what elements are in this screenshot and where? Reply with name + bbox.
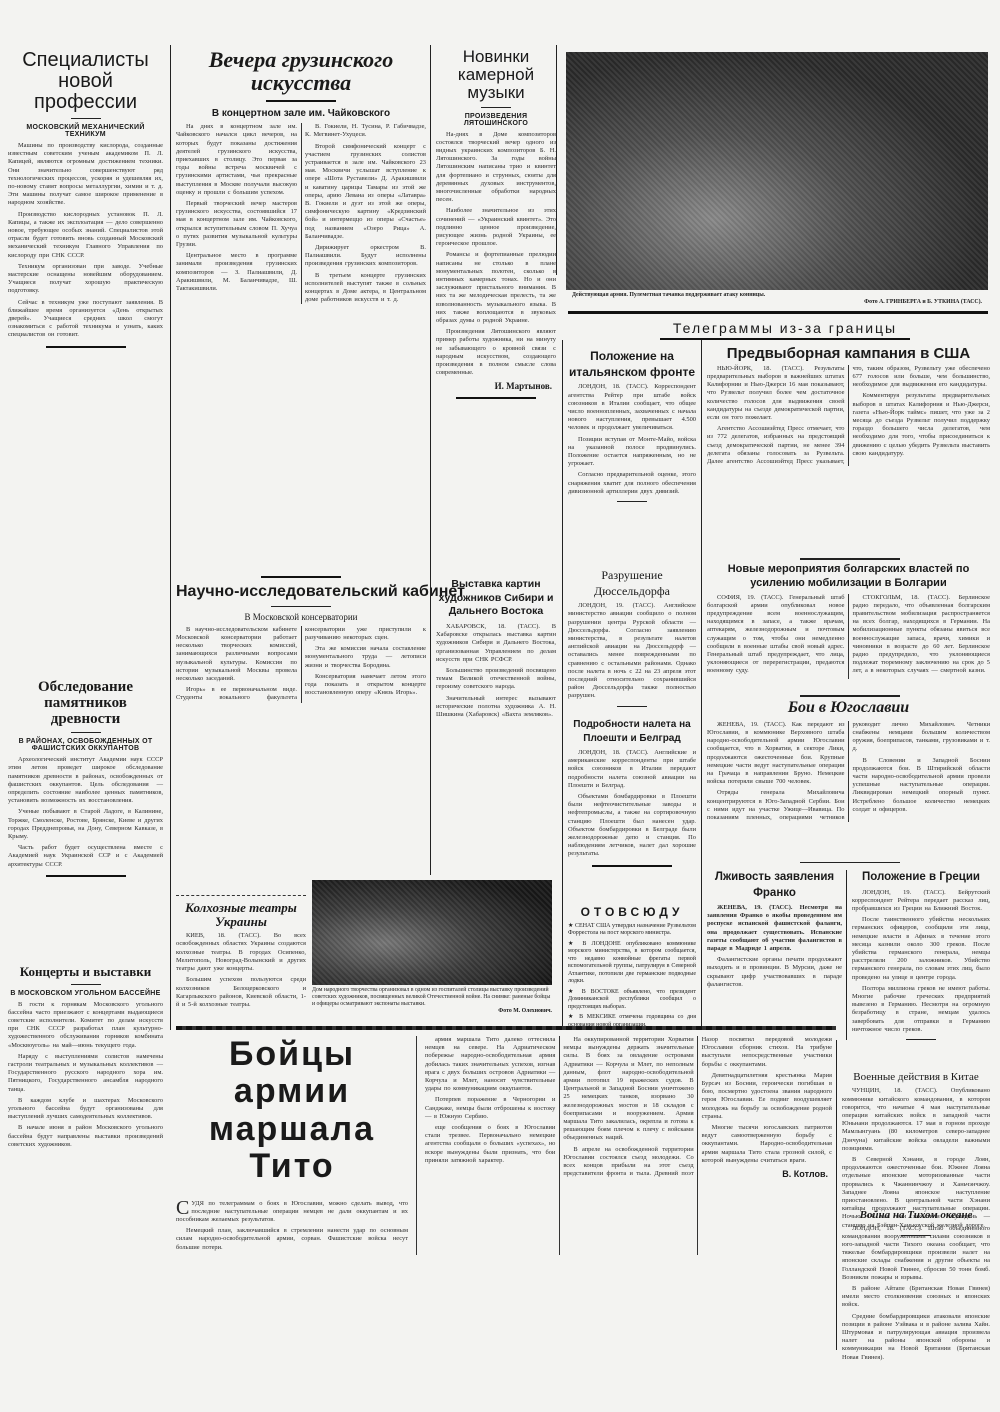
article-paragraph: Значительный интерес вызывают историческ… [436, 695, 556, 720]
article-monuments: Обследование памятников древности В райо… [8, 680, 163, 883]
divider [800, 558, 900, 560]
article-paragraph: Объектами бомбардировки в Плоешти были н… [568, 793, 696, 859]
article-paragraph: Второй симфонический концерт с участием … [305, 143, 426, 241]
article-title: Новые мероприятия болгарских властей по … [707, 562, 990, 591]
column-rule [170, 45, 171, 1030]
article-paragraph: Фалангистские органы печати продолжают в… [707, 956, 842, 989]
author-signature: В. Котлов. [706, 1169, 828, 1179]
article-siberia-exhibit: Выставка картин художников Сибири и Даль… [436, 578, 556, 722]
article-title: Колхозные театры Украины [176, 901, 306, 928]
divider [71, 118, 101, 119]
article-paragraph: Производство кислородных установок П. Л.… [8, 211, 163, 260]
article-paragraph: Ученые побывают в Старой Ладоге, в Калин… [8, 808, 163, 841]
article-paragraph: Произведения Лятошинского являют пример … [436, 328, 556, 377]
telegram-bulgaria: Новые мероприятия болгарских властей по … [707, 562, 990, 679]
divider [617, 706, 647, 707]
divider [800, 862, 900, 863]
divider [456, 397, 536, 399]
article-kicker: Московский механический техникум [8, 124, 163, 138]
article-paragraph: В. Гокиели, Н. Тусина, Р. Габичвадзе, К.… [305, 123, 426, 139]
news-item: ★ СЕНАТ США утвердил назначение Рузвельт… [568, 923, 696, 938]
divider [46, 346, 126, 348]
star-icon: ★ [568, 1014, 579, 1020]
telegram-usa: Предвыборная кампания в США НЬЮ-ЙОРК, 18… [707, 346, 990, 466]
article-paragraph: В научно-исследовательском кабинете Моск… [176, 626, 297, 683]
article-paragraph: ЛОНДОН, 19. (ТАСС). Бейрутский корреспон… [852, 889, 990, 914]
article-title: Новинки камерной музыки [436, 48, 556, 102]
article-title: Вечера грузинского искусства [176, 48, 426, 94]
article-paragraph: На днях в концертном зале им. Чайковског… [176, 123, 297, 197]
article-paragraph: Сейчас в техникум уже поступают заявлени… [8, 299, 163, 340]
article-title: Бои в Югославии [707, 700, 990, 717]
column-rule [556, 45, 557, 275]
telegram-pacific: Война на Тихом океане ЛОНДОН, 18. (ТАСС)… [842, 1210, 990, 1365]
article-paragraph: армия маршала Тито далеко оттеснила немц… [425, 1036, 555, 1093]
article-paragraph: Средние бомбардировщики атаковали японск… [842, 1313, 990, 1362]
photo-credit: Фото А. ГРИНБЕРГА и Б. УТКИНА (ТАСС). [572, 299, 982, 305]
article-paragraph: Первый творческий вечер мастеров грузинс… [176, 200, 297, 249]
article-subtitle: В концертном зале им. Чайковского [176, 108, 426, 119]
article-title: Специалисты новой профессии [8, 50, 163, 113]
article-paragraph: Большим успехом пользуются среди колхозн… [176, 976, 306, 1009]
article-paragraph: Эта же комиссия начала составление монум… [305, 645, 426, 670]
article-paragraph: В третьем концерте грузинских исполнител… [305, 272, 426, 305]
column-rule [846, 870, 847, 1040]
article-paragraph: ХАБАРОВСК, 18. (ТАСС). В Хабаровске откр… [436, 623, 556, 664]
article-title: Подробности налета на Плоешти и Белград [568, 718, 696, 746]
article-paragraph: В районе Айтапе (Британская Новая Гвинея… [842, 1285, 990, 1310]
article-tito: Бойцы армии маршала Тито СУДЯ по телегра… [176, 1036, 832, 1255]
article-paragraph: Потерпев поражение в Черногории и Санджа… [425, 1096, 555, 1121]
article-title: ОТОВСЮДУ [568, 906, 696, 919]
article-paragraph: Романсы и фортепианные прелюдии написаны… [436, 251, 556, 325]
photo-caption: Дом народного творчества организовал в о… [312, 987, 552, 1008]
article-body: армия маршала Тито далеко оттеснила немц… [416, 1036, 832, 1255]
article-paragraph: После таинственного убийства нескольких … [852, 916, 990, 982]
divider [71, 732, 101, 733]
article-paragraph: ЛОНДОН, 18. (ТАСС). Штаб объединенного к… [842, 1225, 990, 1282]
article-paragraph: ЖЕНЕВА, 19. (ТАСС). Как передают из Югос… [707, 721, 845, 787]
article-title: Обследование памятников древности [8, 680, 163, 727]
article-research-cabinet: Научно-исследовательский кабинет В Моско… [176, 576, 426, 703]
divider [800, 695, 900, 697]
article-paragraph: Немецкий план, заключавшийся в стремлени… [176, 1227, 408, 1252]
article-kicker: В Московском угольном бассейне [8, 990, 163, 997]
telegram-dusseldorf: Разрушение Дюссельдорфа ЛОНДОН, 19. (ТАС… [568, 568, 696, 712]
article-paragraph: Комментируя результаты предварительных в… [853, 392, 991, 458]
article-paragraph: Часть работ будет осуществлена вместе с … [8, 844, 163, 869]
article-title: Положение на итальянском фронте [568, 348, 696, 380]
divider [906, 1039, 936, 1040]
article-paragraph: В каждом клубе и шахтерах Московского уг… [8, 1097, 163, 1122]
cavalry-photo [566, 52, 988, 290]
telegram-yugoslavia: Бои в Югославии ЖЕНЕВА, 19. (ТАСС). Как … [707, 700, 990, 822]
article-paragraph: ЛОНДОН, 18. (ТАСС). Английские и америка… [568, 749, 696, 790]
column-rule [562, 340, 563, 1030]
article-lead: СУДЯ по телеграммам о боях в Югославии, … [176, 1200, 408, 1225]
divider [71, 984, 101, 985]
telegram-greece: Положение в Греции ЛОНДОН, 19. (ТАСС). Б… [852, 870, 990, 1045]
article-paragraph: ЛОНДОН, 18. (ТАСС). Корреспондент агентс… [568, 383, 696, 432]
article-paragraph: Наиболее значительное из этих сочинений … [436, 207, 556, 248]
article-body: В научно-исследовательском кабинете Моск… [176, 626, 426, 703]
article-paragraph: Центральное место в программе занимали п… [176, 252, 297, 293]
article-paragraph: В гости к горнякам Московского угольного… [8, 1001, 163, 1050]
section-title: Телеграммы из-за границы [660, 320, 910, 340]
news-item: ★ В ВОСТОКЕ объявлено, что президент Дом… [568, 989, 696, 1012]
article-paragraph: В начале июня в район Московского угольн… [8, 1124, 163, 1149]
divider [261, 576, 341, 578]
article-paragraph: ЛОНДОН, 19. (ТАСС). Английское министерс… [568, 602, 696, 700]
drop-cap: С [176, 1200, 189, 1216]
article-paragraph: НЬЮ-ЙОРК, 18. (ТАСС). Результаты предвар… [707, 365, 845, 422]
article-paragraph: Наряду с выступлениями солистов намечены… [8, 1053, 163, 1094]
article-concerts: Концерты и выставки В Московском угольно… [8, 965, 163, 1152]
divider [592, 865, 672, 867]
article-paragraph: КИЕВ, 18. (ТАСС). Во всех освобожденных … [176, 932, 306, 973]
article-title: Разрушение Дюссельдорфа [568, 568, 696, 599]
article-paragraph: Машины по производству кислорода, создан… [8, 142, 163, 208]
photo-caption: Действующая армия. Пулеметная тачанка по… [572, 292, 982, 299]
article-body: СОФИЯ, 19. (ТАСС). Генеральный штаб болг… [707, 594, 990, 679]
article-paragraph: Девятнадцатилетняя крестьянка Мария Бурс… [702, 1072, 832, 1121]
article-title: Лживость заявления Франко [707, 870, 842, 901]
author-signature: И. Мартынов. [440, 381, 552, 391]
article-paragraph: ЖЕНЕВА, 19. (ТАСС). Несмотря на заявлени… [707, 904, 842, 953]
article-title: Научно-исследовательский кабинет [176, 584, 426, 601]
article-paragraph: Большинство произведений посвящено темам… [436, 667, 556, 692]
article-paragraph: Согласно предварительной оценке, этого с… [568, 471, 696, 496]
article-georgian-art: Вечера грузинского искусства В концертно… [176, 48, 426, 304]
news-roundup: ОТОВСЮДУ ★ СЕНАТ США утвердил назначение… [568, 906, 696, 1032]
photo-credit: Фото М. Олехнович. [312, 1008, 552, 1014]
telegrams-section-header: Телеграммы из-за границы [660, 320, 910, 340]
divider [266, 100, 336, 102]
exhibition-photo [312, 880, 552, 985]
article-paragraph: На оккупированной территории Хорватии не… [563, 1036, 693, 1143]
article-paragraph: Археологический институт Академии наук С… [8, 756, 163, 805]
divider [617, 501, 647, 502]
news-item: ★ В ЛОНДОНЕ опубликовано коммюнике морск… [568, 941, 696, 986]
divider [46, 875, 126, 877]
article-paragraph: Дирижирует оркестром В. Палиашвили. Буду… [305, 244, 426, 269]
article-kicker: В районах, освобожденных от фашистских о… [8, 738, 163, 752]
article-paragraph: Техникум организован при заводе. Учебные… [8, 263, 163, 296]
article-paragraph: Консерватория намечает летом этого года … [305, 673, 426, 698]
article-body: На днях в концертном зале им. Чайковског… [176, 123, 426, 304]
article-paragraph: ЧУНЦИН, 18. (ТАСС). Опубликовано коммюни… [842, 1087, 990, 1153]
section-rule [176, 1026, 836, 1030]
section-rule [568, 311, 988, 314]
column-rule [430, 45, 431, 875]
telegram-franco: Лживость заявления Франко ЖЕНЕВА, 19. (Т… [707, 870, 842, 992]
article-title: Предвыборная кампания в США [707, 346, 990, 362]
column-rule [701, 340, 702, 1030]
article-specialists: Специалисты новой профессии Московский м… [8, 50, 163, 354]
star-icon: ★ [568, 923, 575, 929]
telegram-ploesti: Подробности налета на Плоешти и Белград … [568, 718, 696, 873]
divider [271, 606, 331, 607]
article-subtitle: В Московской консерватории [176, 612, 426, 622]
article-title: Бойцы армии маршала Тито [176, 1036, 408, 1186]
article-paragraph: СОФИЯ, 19. (ТАСС). Генеральный штаб болг… [707, 594, 845, 676]
star-icon: ★ [568, 941, 582, 947]
article-paragraph: Многие тысячи югославских патриотов веду… [702, 1124, 832, 1165]
star-icon: ★ [568, 989, 582, 995]
article-paragraph: СТОКГОЛЬМ, 18. (ТАСС). Берлинское радио … [853, 594, 991, 676]
article-body: НЬЮ-ЙОРК, 18. (ТАСС). Результаты предвар… [707, 365, 990, 466]
article-title: Война на Тихом океане [842, 1210, 990, 1222]
column-rule [836, 1040, 837, 1350]
article-paragraph: еще сообщения о боях в Югославии стали т… [425, 1124, 555, 1165]
article-paragraph: На-днях в Доме композиторов состоялся тв… [436, 131, 556, 205]
article-kicker: Произведения Лятошинского [436, 113, 556, 127]
exhibition-photo-caption-block: Дом народного творчества организовал в о… [312, 987, 552, 1014]
article-paragraph: Позиции вступая от Монте-Майо, войска на… [568, 436, 696, 469]
article-title: Концерты и выставки [8, 965, 163, 979]
telegram-italy: Положение на итальянском фронте ЛОНДОН, … [568, 348, 696, 507]
article-paragraph: В Словении и Западной Боснии продолжаютс… [853, 757, 991, 814]
article-paragraph: Полтора миллиона греков не имеют работы.… [852, 985, 990, 1034]
article-chamber-music: Новинки камерной музыки Произведения Лят… [436, 48, 556, 405]
article-title: Выставка картин художников Сибири и Даль… [436, 578, 556, 619]
divider [481, 107, 511, 108]
article-kolkhoz-theaters: Колхозные театры Украины КИЕВ, 18. (ТАСС… [176, 895, 306, 1012]
article-title: Положение в Греции [852, 870, 990, 886]
article-title: Военные действия в Китае [842, 1070, 990, 1084]
divider [176, 895, 306, 897]
cavalry-photo-caption-block: Действующая армия. Пулеметная тачанка по… [572, 292, 982, 305]
article-body: ЖЕНЕВА, 19. (ТАСС). Как передают из Югос… [707, 721, 990, 822]
